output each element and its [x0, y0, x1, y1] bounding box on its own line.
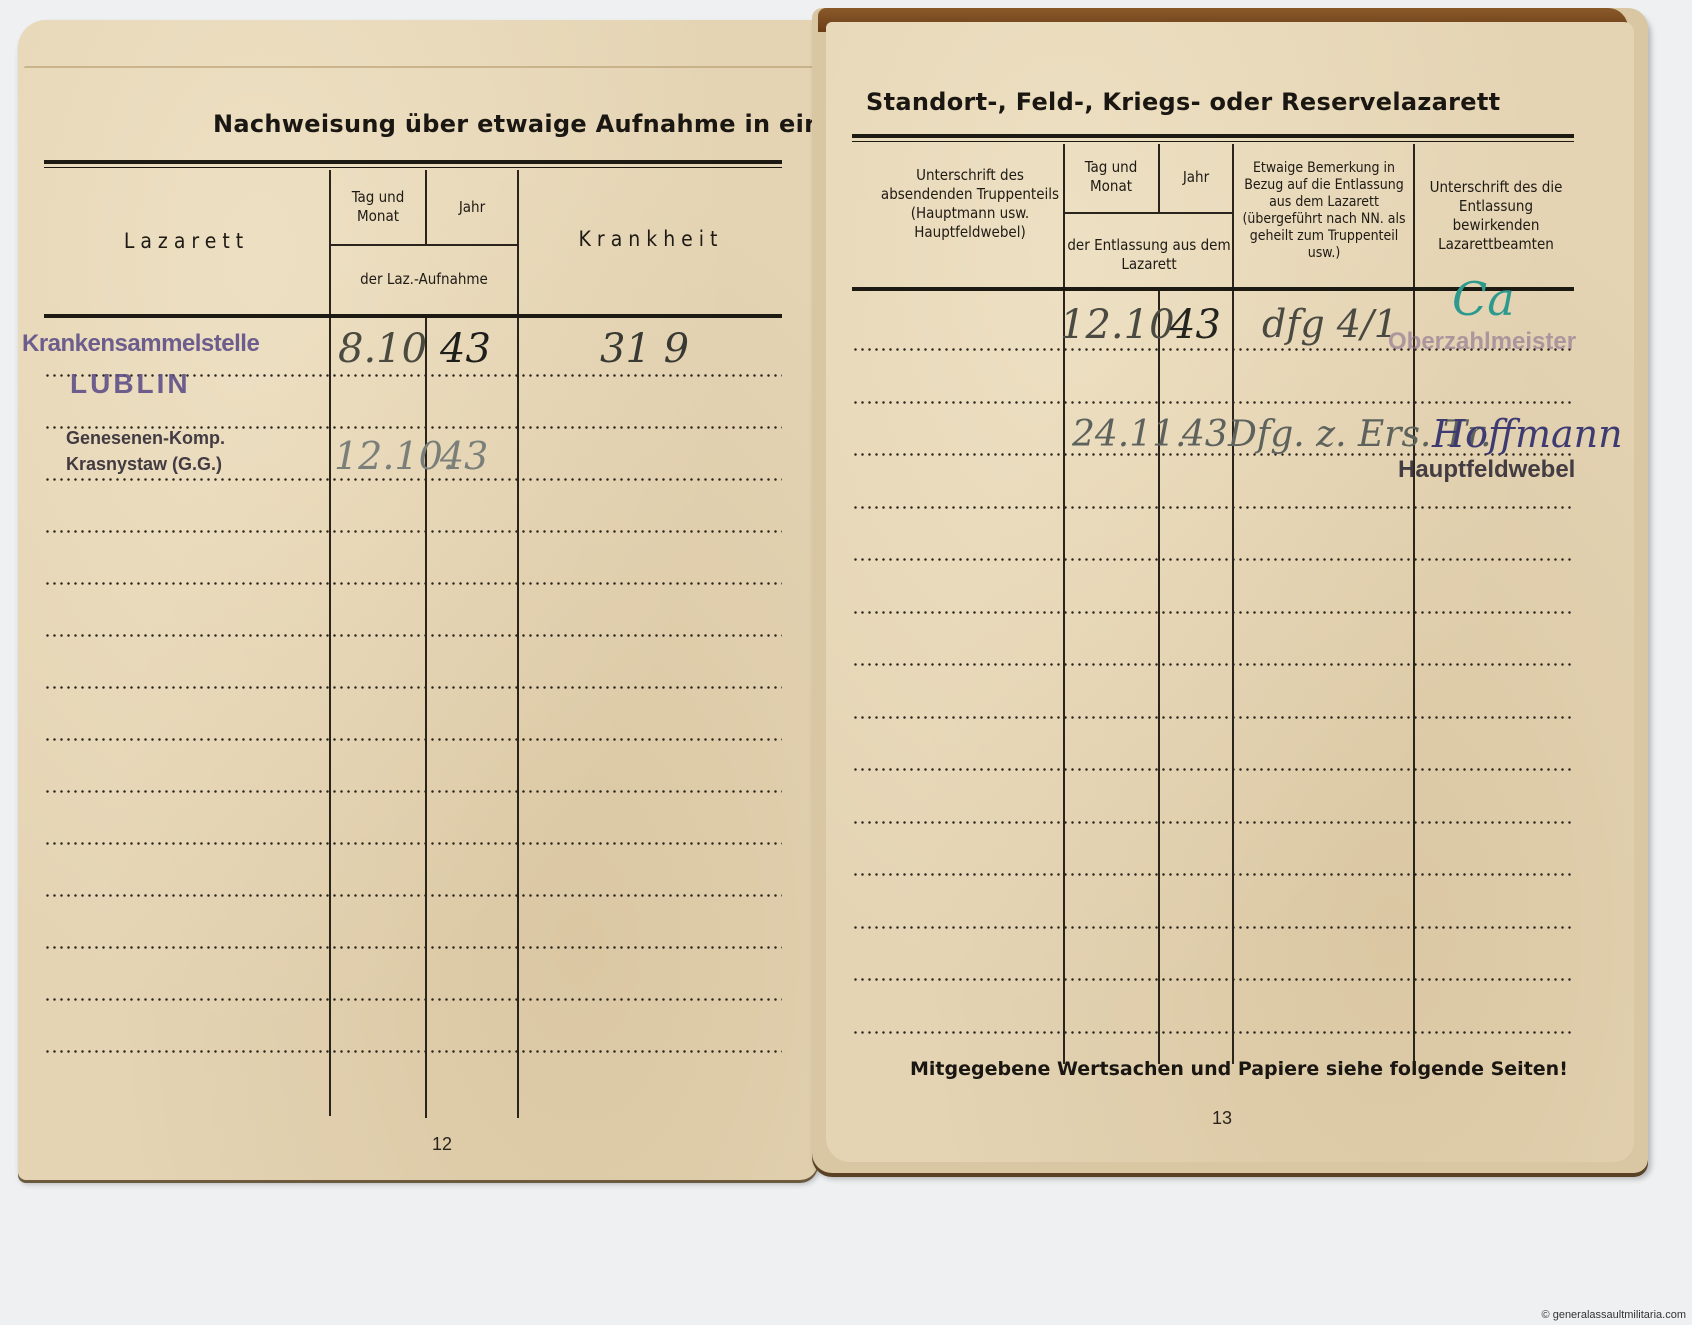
- header-krankheit: Krankheit: [519, 230, 783, 249]
- column-divider: [517, 170, 519, 1118]
- stamp-krankensammelstelle: Krankensammelstelle: [22, 330, 259, 358]
- header-subdivider: [1064, 212, 1234, 214]
- right-page-title: Standort-, Feld-, Kriegs- oder Reservela…: [866, 88, 1500, 116]
- entry-illness-code: 31 9: [600, 326, 689, 372]
- header-lazarett: Lazarett: [44, 232, 329, 251]
- header-tag-monat: Tag und Monat: [1065, 158, 1157, 196]
- stamp-oberzahlmeister: Oberzahlmeister: [1388, 328, 1576, 356]
- header-top-rule-thin: [44, 167, 782, 168]
- signature-initial: Ca: [1452, 272, 1515, 326]
- header-top-rule-thin: [852, 141, 1574, 142]
- entry-admission-date: 8.10: [338, 326, 427, 372]
- header-tag-monat: Tag und Monat: [331, 188, 425, 226]
- entry-admission-date-2: 12.10.: [334, 434, 455, 478]
- column-divider: [329, 170, 331, 1116]
- entry-discharge-year-2: 43: [1182, 414, 1228, 455]
- page-edge: [24, 66, 818, 68]
- entry-discharge-year: 43: [1170, 302, 1221, 348]
- entry-admission-year: 43: [440, 326, 491, 372]
- header-unterschrift-beamter: Unterschrift des die Entlassung bewirken…: [1418, 178, 1574, 254]
- header-aufnahme: der Laz.-Aufnahme: [331, 270, 517, 289]
- header-entlassung: der Entlassung aus dem Lazarett: [1066, 236, 1232, 274]
- watermark: © generalassaultmilitaria.com: [1542, 1309, 1686, 1321]
- header-top-rule: [44, 160, 782, 164]
- header-jahr: Jahr: [427, 198, 517, 217]
- entry-admission-year-2: 43: [440, 434, 488, 478]
- footer-note: Mitgegebene Wertsachen und Papiere siehe…: [910, 1058, 1568, 1080]
- left-page-title: Nachweisung über etwaige Aufnahme in ein: [213, 110, 822, 138]
- header-bemerkung: Etwaige Bemerkung in Bezug auf die Entla…: [1236, 160, 1412, 262]
- stamp-krasnystaw: Krasnystaw (G.G.): [66, 454, 222, 475]
- header-jahr: Jahr: [1160, 168, 1232, 187]
- stamp-genesenen-komp: Genesenen-Komp.: [66, 428, 225, 449]
- page-number-left: 12: [432, 1134, 452, 1155]
- entry-discharge-date-2: 24.11.: [1072, 414, 1187, 455]
- signature-hoffmann: Hoffmann: [1432, 412, 1623, 456]
- stamp-hauptfeldwebel: Hauptfeldwebel: [1398, 456, 1575, 484]
- page-number-right: 13: [1212, 1108, 1232, 1129]
- header-bottom-rule: [44, 314, 782, 318]
- column-divider: [1158, 290, 1160, 1064]
- header-unterschrift-truppe: Unterschrift des absendenden Truppenteil…: [880, 166, 1060, 242]
- entry-remark: dfg 4/1: [1262, 302, 1398, 346]
- entry-discharge-date: 12.10: [1060, 302, 1175, 348]
- header-subdivider: [330, 244, 518, 246]
- header-top-rule: [852, 134, 1574, 138]
- stamp-lublin: LUBLIN: [70, 368, 191, 400]
